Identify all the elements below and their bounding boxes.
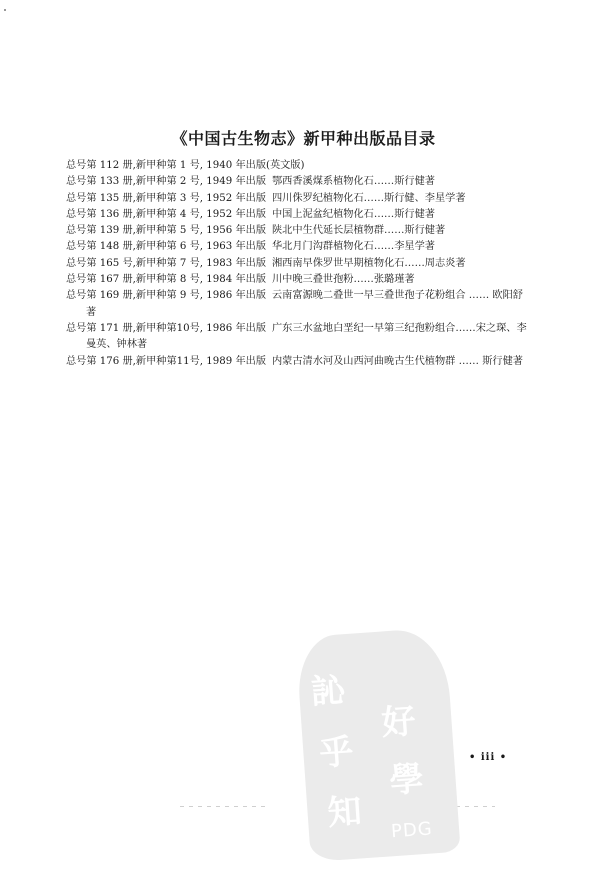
entry-reference: 总号第 169 册,新甲种第 9 号, 1986 年出版 [66, 288, 272, 304]
catalog-entry: 总号第 135 册,新甲种第 3 号, 1952 年出版四川侏罗纪植物化石……斯… [66, 191, 546, 207]
seal-character: 好 [380, 693, 417, 744]
catalog-entry: 总号第 136 册,新甲种第 4 号, 1952 年出版中国上泥盆纪植物化石……… [66, 207, 546, 223]
entry-reference: 总号第 136 册,新甲种第 4 号, 1952 年出版 [66, 207, 272, 223]
seal-character: 訫 [309, 662, 346, 713]
catalog-entry: 总号第 133 册,新甲种第 2 号, 1949 年出版鄂西香溪煤系植物化石……… [66, 174, 546, 190]
catalog-entry: 总号第 139 册,新甲种第 5 号, 1956 年出版陕北中生代延长层植物群…… [66, 223, 546, 239]
entry-reference: 总号第 165 号,新甲种第 7 号, 1983 年出版 [66, 256, 272, 272]
entry-reference: 总号第 135 册,新甲种第 3 号, 1952 年出版 [66, 191, 272, 207]
entry-description: 四川侏罗纪植物化石……斯行健、李星学著 [272, 191, 466, 207]
scan-artifact [4, 9, 6, 11]
page-title: 《中国古生物志》新甲种出版品目录 [0, 126, 607, 149]
entry-reference: 总号第 167 册,新甲种第 8 号, 1984 年出版 [66, 272, 272, 288]
watermark-label: PDG [390, 818, 433, 842]
catalog-entry: 总号第 169 册,新甲种第 9 号, 1986 年出版云南富源晚二叠世一早三叠… [66, 288, 546, 321]
seal-character: 知 [326, 783, 363, 834]
entry-description-continued: 著 [66, 305, 546, 321]
entry-description: 内蒙古清水河及山西河曲晚古生代植物群 …… 斯行健著 [272, 354, 523, 370]
entry-reference: 总号第 176 册,新甲种第11号, 1989 年出版 [66, 354, 272, 370]
entry-reference: 总号第 112 册,新甲种第 1 号, 1940 年出版(英文版) [66, 158, 305, 174]
entry-description: 云南富源晚二叠世一早三叠世孢子花粉组合 …… 欧阳舒 [272, 288, 523, 304]
scan-artifact-line [180, 806, 270, 807]
catalog-entry: 总号第 171 册,新甲种第10号, 1986 年出版广东三水盆地白垩纪一早第三… [66, 321, 546, 354]
entry-description: 陕北中生代延长层植物群……斯行健著 [272, 223, 445, 239]
entry-description-continued: 曼英、钟林著 [66, 337, 546, 353]
entry-description: 广东三水盆地白垩纪一早第三纪孢粉组合……宋之琛、李 [272, 321, 527, 337]
page-number: • iii • [469, 752, 507, 763]
entry-reference: 总号第 171 册,新甲种第10号, 1986 年出版 [66, 321, 272, 337]
catalog-entry: 总号第 165 号,新甲种第 7 号, 1983 年出版湘西南早侏罗世早期植物化… [66, 256, 546, 272]
catalog-entry: 总号第 176 册,新甲种第11号, 1989 年出版内蒙古清水河及山西河曲晚古… [66, 354, 546, 370]
entry-reference: 总号第 139 册,新甲种第 5 号, 1956 年出版 [66, 223, 272, 239]
entry-description: 湘西南早侏罗世早期植物化石……周志炎著 [272, 256, 466, 272]
catalog-entry: 总号第 167 册,新甲种第 8 号, 1984 年出版川中晚三叠世孢粉……张璐… [66, 272, 546, 288]
catalog-entry: 总号第 112 册,新甲种第 1 号, 1940 年出版(英文版) [66, 158, 546, 174]
entry-description: 川中晚三叠世孢粉……张璐瑾著 [272, 272, 415, 288]
watermark-seal: 訫 乎 知 好 學 PDG [295, 627, 460, 862]
catalog-entry: 总号第 148 册,新甲种第 6 号, 1963 年出版华北月门沟群植物化石……… [66, 239, 546, 255]
entry-reference: 总号第 133 册,新甲种第 2 号, 1949 年出版 [66, 174, 272, 190]
entry-description: 鄂西香溪煤系植物化石……斯行健著 [272, 174, 435, 190]
catalog-list: 总号第 112 册,新甲种第 1 号, 1940 年出版(英文版) 总号第 13… [66, 158, 546, 370]
entry-description: 华北月门沟群植物化石……李星学著 [272, 239, 435, 255]
entry-description: 中国上泥盆纪植物化石……斯行健著 [272, 207, 435, 223]
seal-character: 乎 [318, 724, 355, 775]
entry-reference: 总号第 148 册,新甲种第 6 号, 1963 年出版 [66, 239, 272, 255]
seal-character: 學 [388, 751, 425, 802]
